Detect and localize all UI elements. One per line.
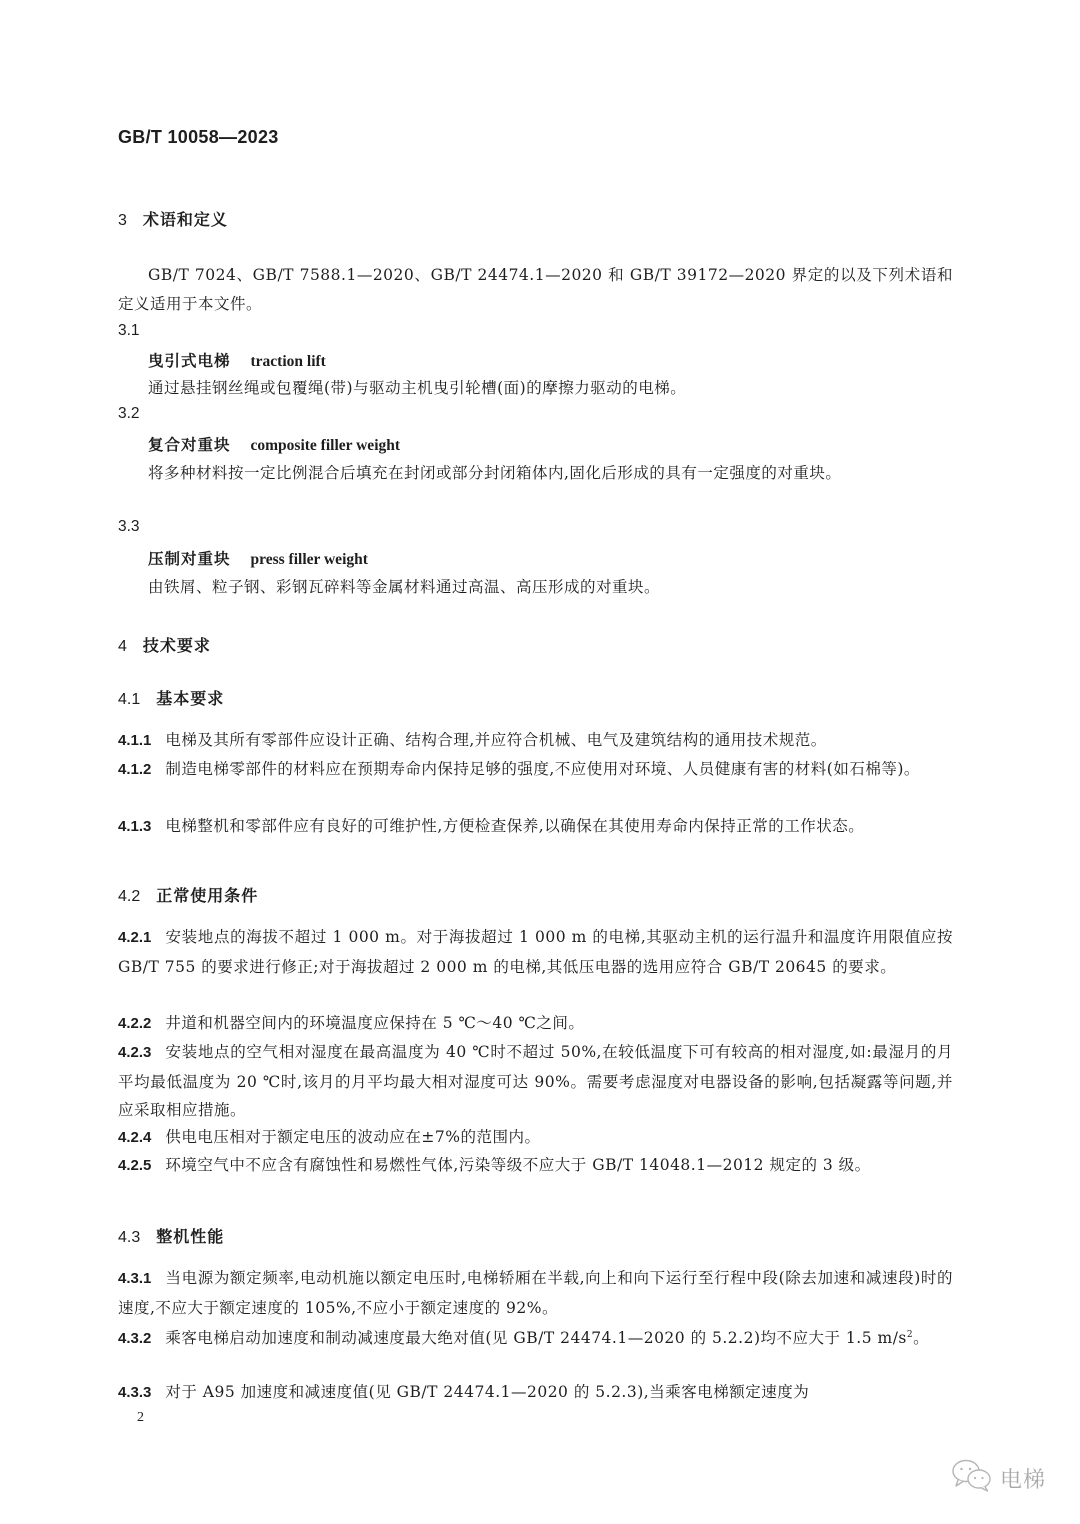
clause-text: 制造电梯零部件的材料应在预期寿命内保持足够的强度,不应使用对环境、人员健康有害的…	[165, 760, 920, 778]
subsection-title: 整机性能	[156, 1227, 224, 1246]
term-zh: 曳引式电梯	[148, 352, 231, 370]
term-title: 复合对重块composite filler weight	[148, 433, 400, 455]
clause-number: 4.1.2	[118, 761, 151, 778]
clause-text: 乘客电梯启动加速度和制动减速度最大绝对值(见 GB/T 24474.1—2020…	[165, 1329, 907, 1347]
clause-text: 对于 A95 加速度和减速度值(见 GB/T 24474.1—2020 的 5.…	[165, 1383, 809, 1401]
term-definition: 将多种材料按一定比例混合后填充在封闭或部分封闭箱体内,固化后形成的具有一定强度的…	[118, 459, 953, 488]
clause-4-2-5: 4.2.5环境空气中不应含有腐蚀性和易燃性气体,污染等级不应大于 GB/T 14…	[118, 1151, 953, 1181]
clause-number: 4.3.3	[118, 1384, 151, 1401]
subsection-number: 4.3	[118, 1229, 140, 1247]
clause-text: 供电电压相对于额定电压的波动应在±7%的范围内。	[165, 1128, 540, 1146]
clause-text: 电梯及其所有零部件应设计正确、结构合理,并应符合机械、电气及建筑结构的通用技术规…	[165, 731, 826, 749]
subsection-heading-4-1: 4.1基本要求	[118, 686, 224, 709]
clause-text: 环境空气中不应含有腐蚀性和易燃性气体,污染等级不应大于 GB/T 14048.1…	[165, 1156, 870, 1174]
clause-tail: 。	[913, 1329, 929, 1347]
wechat-icon	[950, 1458, 994, 1498]
clause-number: 4.2.4	[118, 1129, 151, 1146]
clause-number: 4.3.1	[118, 1270, 151, 1287]
clause-4-2-3: 4.2.3安装地点的空气相对湿度在最高温度为 40 ℃时不超过 50%,在较低温…	[118, 1038, 953, 1125]
clause-number: 4.1.1	[118, 732, 151, 749]
clause-number: 4.2.3	[118, 1044, 151, 1061]
subsection-title: 基本要求	[156, 689, 224, 708]
section-number: 3	[118, 212, 127, 230]
clause-text: 电梯整机和零部件应有良好的可维护性,方便检查保养,以确保在其使用寿命内保持正常的…	[165, 817, 864, 835]
subsection-heading-4-2: 4.2正常使用条件	[118, 883, 258, 906]
term-zh: 复合对重块	[148, 436, 231, 454]
clause-4-1-1: 4.1.1电梯及其所有零部件应设计正确、结构合理,并应符合机械、电气及建筑结构的…	[118, 726, 953, 756]
section-number: 4	[118, 638, 127, 656]
section-heading-4: 4技术要求	[118, 633, 211, 656]
subsection-number: 4.2	[118, 888, 140, 906]
subsection-number: 4.1	[118, 691, 140, 709]
term-definition: 由铁屑、粒子钢、彩钢瓦碎料等金属材料通过高温、高压形成的对重块。	[118, 573, 953, 602]
term-title: 压制对重块press filler weight	[148, 547, 368, 569]
watermark-label: 电梯	[1000, 1463, 1046, 1494]
term-zh: 压制对重块	[148, 550, 231, 568]
document-page: GB/T 10058—2023 3术语和定义 GB/T 7024、GB/T 75…	[0, 0, 1080, 1524]
standard-code: GB/T 10058—2023	[118, 127, 279, 148]
clause-4-3-3: 4.3.3对于 A95 加速度和减速度值(见 GB/T 24474.1—2020…	[118, 1378, 953, 1408]
term-en: press filler weight	[251, 551, 368, 568]
term-number: 3.1	[118, 322, 140, 340]
clause-4-2-2: 4.2.2井道和机器空间内的环境温度应保持在 5 ℃～40 ℃之间。	[118, 1009, 953, 1039]
subsection-heading-4-3: 4.3整机性能	[118, 1224, 224, 1247]
term-definition: 通过悬挂钢丝绳或包覆绳(带)与驱动主机曳引轮槽(面)的摩擦力驱动的电梯。	[118, 374, 953, 403]
clause-text: 安装地点的海拔不超过 1 000 m。对于海拔超过 1 000 m 的电梯,其驱…	[118, 928, 953, 976]
clause-4-2-4: 4.2.4供电电压相对于额定电压的波动应在±7%的范围内。	[118, 1123, 953, 1153]
term-title: 曳引式电梯traction lift	[148, 349, 326, 371]
clause-4-1-3: 4.1.3电梯整机和零部件应有良好的可维护性,方便检查保养,以确保在其使用寿命内…	[118, 812, 953, 842]
section-title: 术语和定义	[143, 210, 228, 229]
term-en: composite filler weight	[251, 437, 401, 454]
clause-4-3-1: 4.3.1当电源为额定频率,电动机施以额定电压时,电梯轿厢在半载,向上和向下运行…	[118, 1264, 953, 1322]
clause-number: 4.2.5	[118, 1157, 151, 1174]
page-number: 2	[137, 1410, 144, 1426]
term-number: 3.3	[118, 518, 140, 536]
subsection-title: 正常使用条件	[156, 886, 258, 905]
term-number: 3.2	[118, 405, 140, 423]
clause-4-1-2: 4.1.2制造电梯零部件的材料应在预期寿命内保持足够的强度,不应使用对环境、人员…	[118, 755, 953, 785]
section-heading-3: 3术语和定义	[118, 207, 228, 230]
clause-number: 4.1.3	[118, 818, 151, 835]
term-en: traction lift	[251, 353, 326, 370]
clause-text: 当电源为额定频率,电动机施以额定电压时,电梯轿厢在半载,向上和向下运行至行程中段…	[118, 1269, 953, 1317]
wechat-watermark: 电梯	[950, 1458, 1046, 1498]
clause-number: 4.2.1	[118, 929, 151, 946]
clause-number: 4.2.2	[118, 1015, 151, 1032]
section-intro: GB/T 7024、GB/T 7588.1—2020、GB/T 24474.1—…	[118, 261, 953, 318]
clause-4-2-1: 4.2.1安装地点的海拔不超过 1 000 m。对于海拔超过 1 000 m 的…	[118, 923, 953, 981]
clause-text: 安装地点的空气相对湿度在最高温度为 40 ℃时不超过 50%,在较低温度下可有较…	[118, 1043, 953, 1119]
section-title: 技术要求	[143, 636, 211, 655]
clause-text: 井道和机器空间内的环境温度应保持在 5 ℃～40 ℃之间。	[165, 1014, 584, 1032]
clause-4-3-2: 4.3.2乘客电梯启动加速度和制动减速度最大绝对值(见 GB/T 24474.1…	[118, 1321, 953, 1354]
clause-number: 4.3.2	[118, 1330, 151, 1347]
